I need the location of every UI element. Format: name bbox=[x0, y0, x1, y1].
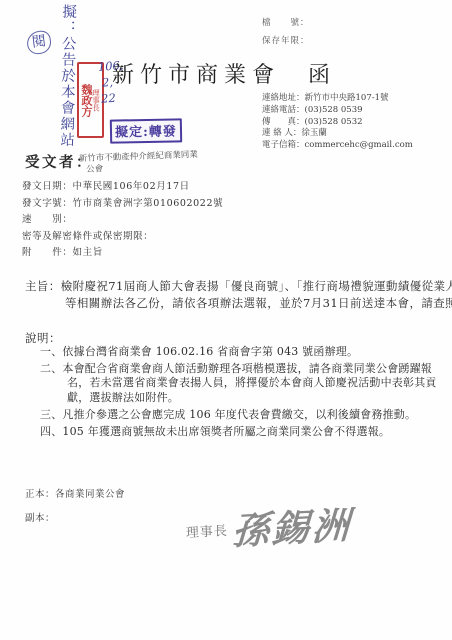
reference-number-line: 發文字號：竹市商業會洲字第010602022號 bbox=[22, 196, 223, 213]
explanation-label: 說明： bbox=[25, 330, 61, 346]
sender-contact-block: 連絡地址：新竹市中央路107-1號 連絡電話：(03)528 0539 傳 真：… bbox=[262, 93, 413, 152]
subject-text: 檢附慶祝71屆商人節大會表揚「優良商號」、「推行商場禮貌運動績優從業人員」等相關… bbox=[61, 279, 452, 310]
stamp-name-text: 魏政方 bbox=[81, 84, 92, 117]
subject-paragraph: 主旨：檢附慶祝71屆商人節大會表揚「優良商號」、「推行商場禮貌運動績優從業人員」… bbox=[25, 278, 452, 311]
contact-phone: 連絡電話：(03)528 0539 bbox=[262, 105, 413, 117]
contact-address: 連絡地址：新竹市中央路107-1號 bbox=[262, 93, 413, 105]
file-number-label: 檔 號： bbox=[262, 14, 310, 32]
explanation-item-3: 三、凡推介參選之公會應完成 106 年度代表會費繳交，以利後續會務推動。 bbox=[40, 408, 442, 422]
stamp-title-text: 理事長 bbox=[92, 89, 100, 112]
original-recipients: 各商業同業公會 bbox=[55, 489, 125, 500]
contact-email: 電子信箱：commercehc@gmail.com bbox=[262, 140, 413, 152]
forward-decision-stamp: 擬定:轉發 bbox=[110, 118, 182, 143]
original-copy-row: 正本：各商業同業公會 bbox=[25, 486, 125, 500]
original-label: 正本： bbox=[25, 489, 55, 500]
subject-label: 主旨： bbox=[25, 279, 61, 293]
signature-title: 理事長 bbox=[185, 520, 228, 548]
explanation-list: 一、依據台灣省商業會 106.02.16 省商會字第 043 號函辦理。 二、本… bbox=[40, 345, 442, 441]
document-title: 新竹市商業會 函 bbox=[112, 58, 336, 89]
scanned-official-letter: 閱 擬：公告於本會網站 理事長 魏政方 106, 2, 22 擬定:轉發 檔 號… bbox=[0, 0, 452, 640]
website-posting-note-handwriting: 擬：公告於本會網站 bbox=[56, 4, 80, 164]
issue-date-line: 發文日期：中華民國106年02月17日 bbox=[22, 179, 223, 196]
explanation-item-1: 一、依據台灣省商業會 106.02.16 省商會字第 043 號函辦理。 bbox=[40, 345, 442, 359]
explanation-item-4: 四、105 年獲選商號無故未出席領獎者所屬之商業同業公會不得選報。 bbox=[40, 425, 442, 439]
carbon-copy-row: 副本： bbox=[25, 510, 55, 524]
chairman-signature: 理事長 孫錫洲 bbox=[186, 510, 352, 547]
document-meta-block: 發文日期：中華民國106年02月17日 發文字號：竹市商業會洲字第0106020… bbox=[22, 179, 223, 262]
contact-fax: 傳 真：(03)528 0532 bbox=[262, 117, 413, 129]
handwritten-date-day: 22 bbox=[100, 89, 127, 107]
review-mark-handwriting: 閱 bbox=[26, 30, 53, 56]
recipient-name: 新竹市不動產仲介經紀商業同業 公會 bbox=[79, 150, 199, 175]
signature-name-calligraphy: 孫錫洲 bbox=[231, 507, 353, 550]
file-reference-block: 檔 號： 保存年限： bbox=[262, 14, 310, 50]
priority-line: 速 別： bbox=[22, 212, 223, 229]
attachment-line: 附 件：如主旨 bbox=[22, 245, 223, 262]
contact-person: 連 絡 人：徐玉蘭 bbox=[262, 128, 413, 140]
retention-period-label: 保存年限： bbox=[262, 32, 310, 50]
copy-label: 副本： bbox=[25, 513, 55, 524]
classification-line: 密等及解密條件或保密期限： bbox=[22, 229, 223, 246]
explanation-item-2: 二、本會配合省商業會商人節活動辦理各項楷模選拔，請各商業同業公會踴躍報名，若未當… bbox=[40, 362, 442, 405]
